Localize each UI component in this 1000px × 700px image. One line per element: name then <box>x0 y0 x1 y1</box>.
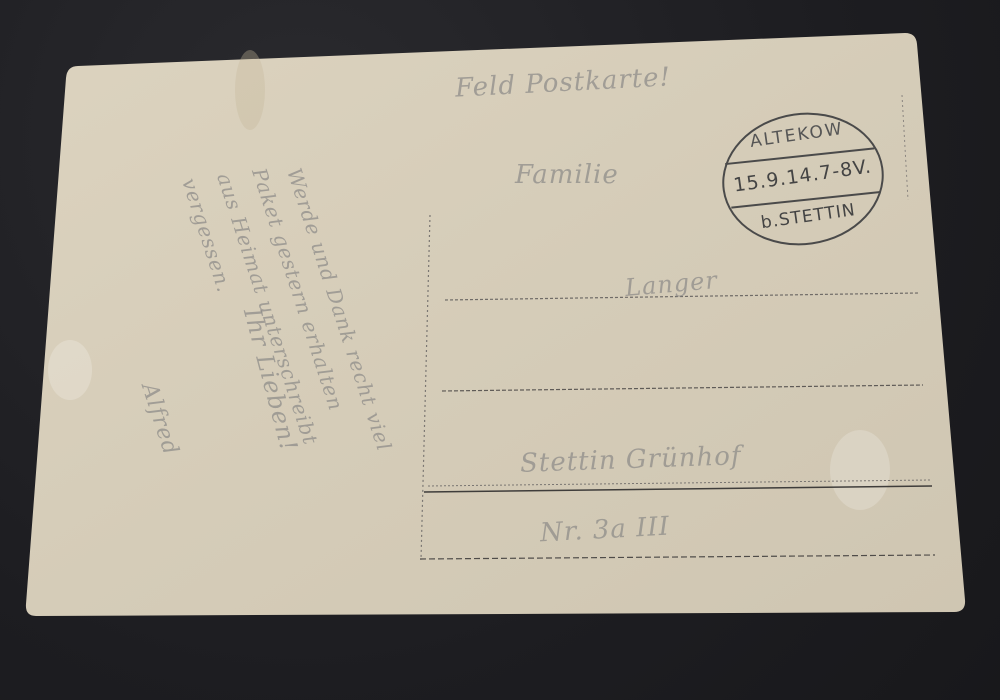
postcard <box>0 0 1000 700</box>
address-line-family: Familie <box>515 160 619 190</box>
